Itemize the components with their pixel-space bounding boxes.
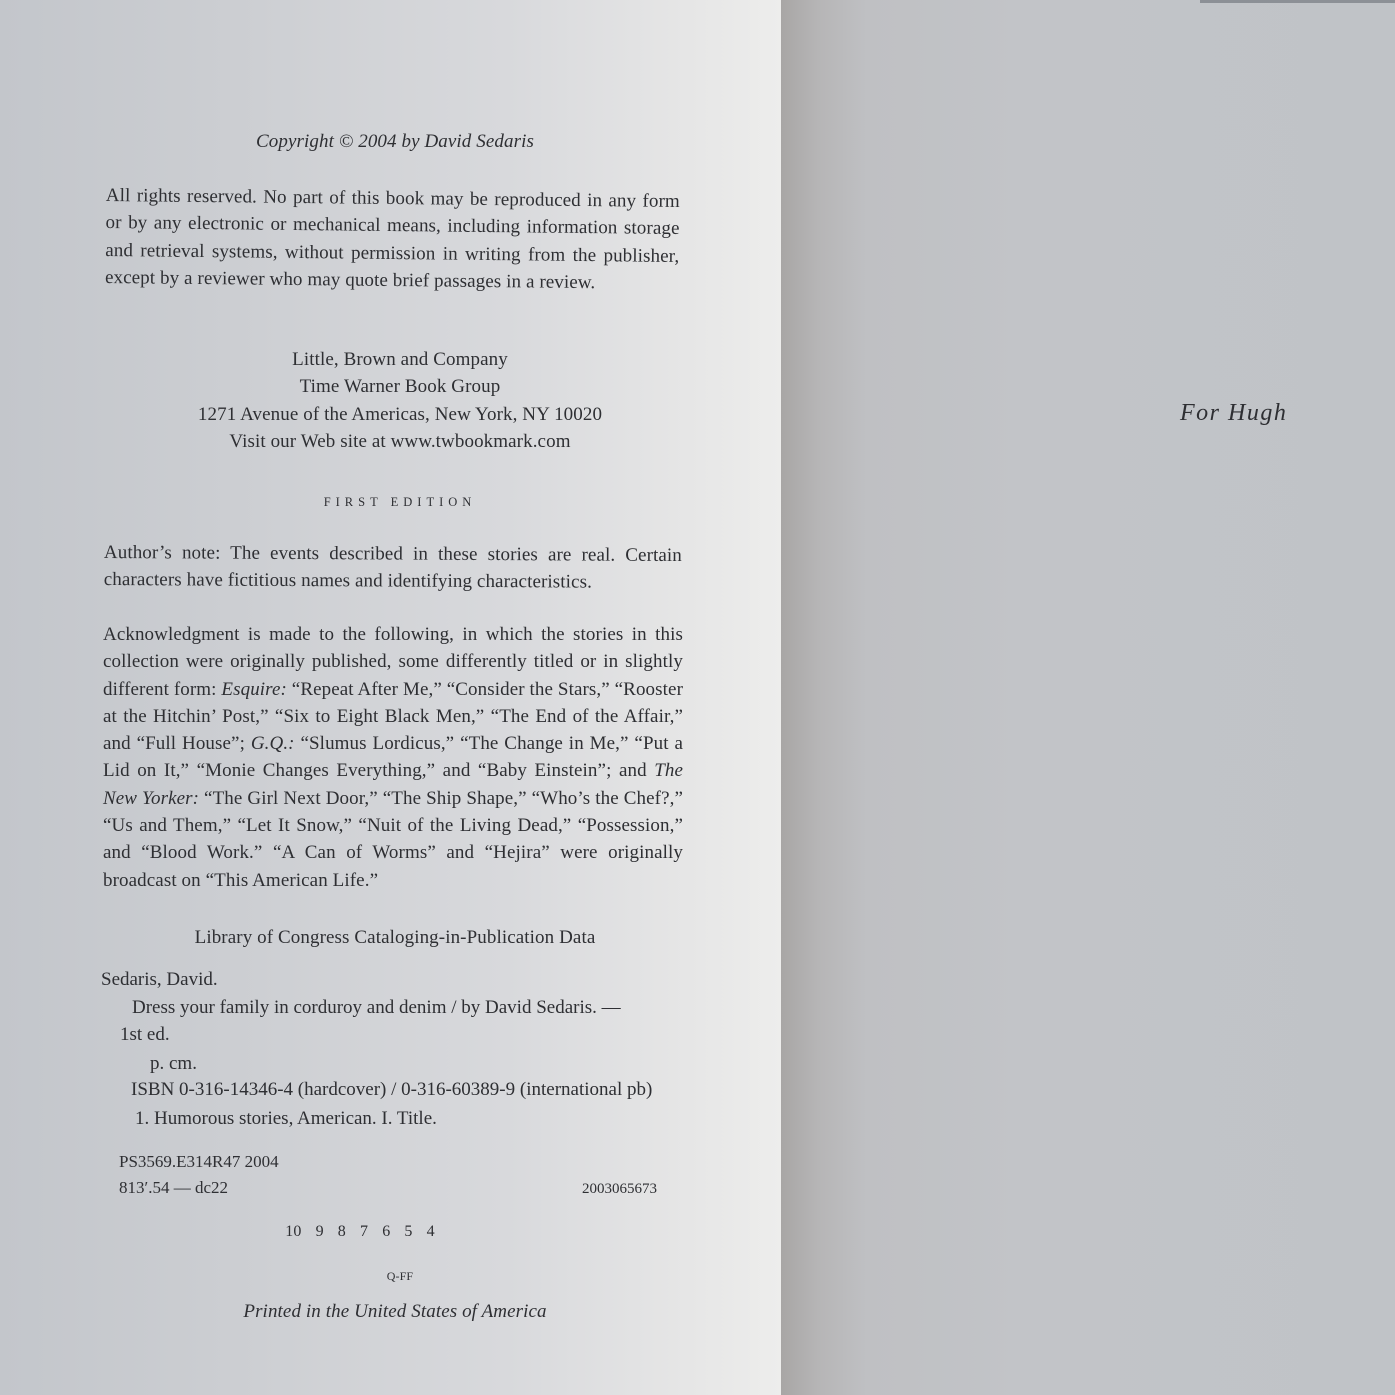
publisher-name: Little, Brown and Company (150, 346, 650, 373)
cip-isbn: ISBN 0-316-14346-4 (hardcover) / 0-316-6… (131, 1076, 652, 1103)
right-page-dedication (781, 0, 1395, 1395)
lccn-number: 2003065673 (582, 1176, 657, 1203)
cip-author: Sedaris, David. (101, 966, 218, 993)
dewey-classification: 813′.54 — dc22 (119, 1174, 228, 1201)
printer-code: Q-FF (150, 1263, 650, 1290)
lc-classification: PS3569.E314R47 2004 (119, 1148, 279, 1175)
cip-heading: Library of Congress Cataloging-in-Public… (100, 924, 690, 951)
acknowledgment-paragraph: Acknowledgment is made to the following,… (103, 621, 683, 894)
cip-subjects: 1. Humorous stories, American. I. Title. (135, 1105, 437, 1132)
cip-title-line-2: 1st ed. (120, 1021, 170, 1048)
publisher-website: Visit our Web site at www.twbookmark.com (150, 428, 650, 455)
ack-publication-gq: G.Q.: (251, 733, 295, 754)
cip-title-line-1: Dress your family in corduroy and denim … (132, 994, 621, 1021)
publisher-block: Little, Brown and Company Time Warner Bo… (150, 346, 650, 455)
left-page-copyright: Copyright © 2004 by David Sedaris All ri… (0, 0, 781, 1395)
dedication-text: For Hugh (1180, 400, 1287, 427)
page-edge-shadow (1200, 0, 1395, 3)
printed-in-line: Printed in the United States of America (100, 1298, 690, 1325)
publisher-address: 1271 Avenue of the Americas, New York, N… (150, 401, 650, 428)
authors-note-paragraph: Author’s note: The events described in t… (104, 539, 682, 597)
printing-number-line: 10 9 8 7 6 5 4 (150, 1218, 570, 1245)
publisher-group: Time Warner Book Group (150, 373, 650, 400)
rights-reserved-paragraph: All rights reserved. No part of this boo… (105, 182, 680, 297)
edition-label: FIRST EDITION (150, 489, 650, 516)
cip-pages: p. cm. (150, 1050, 197, 1077)
ack-publication-esquire: Esquire: (221, 679, 287, 700)
copyright-line: Copyright © 2004 by David Sedaris (100, 128, 690, 155)
